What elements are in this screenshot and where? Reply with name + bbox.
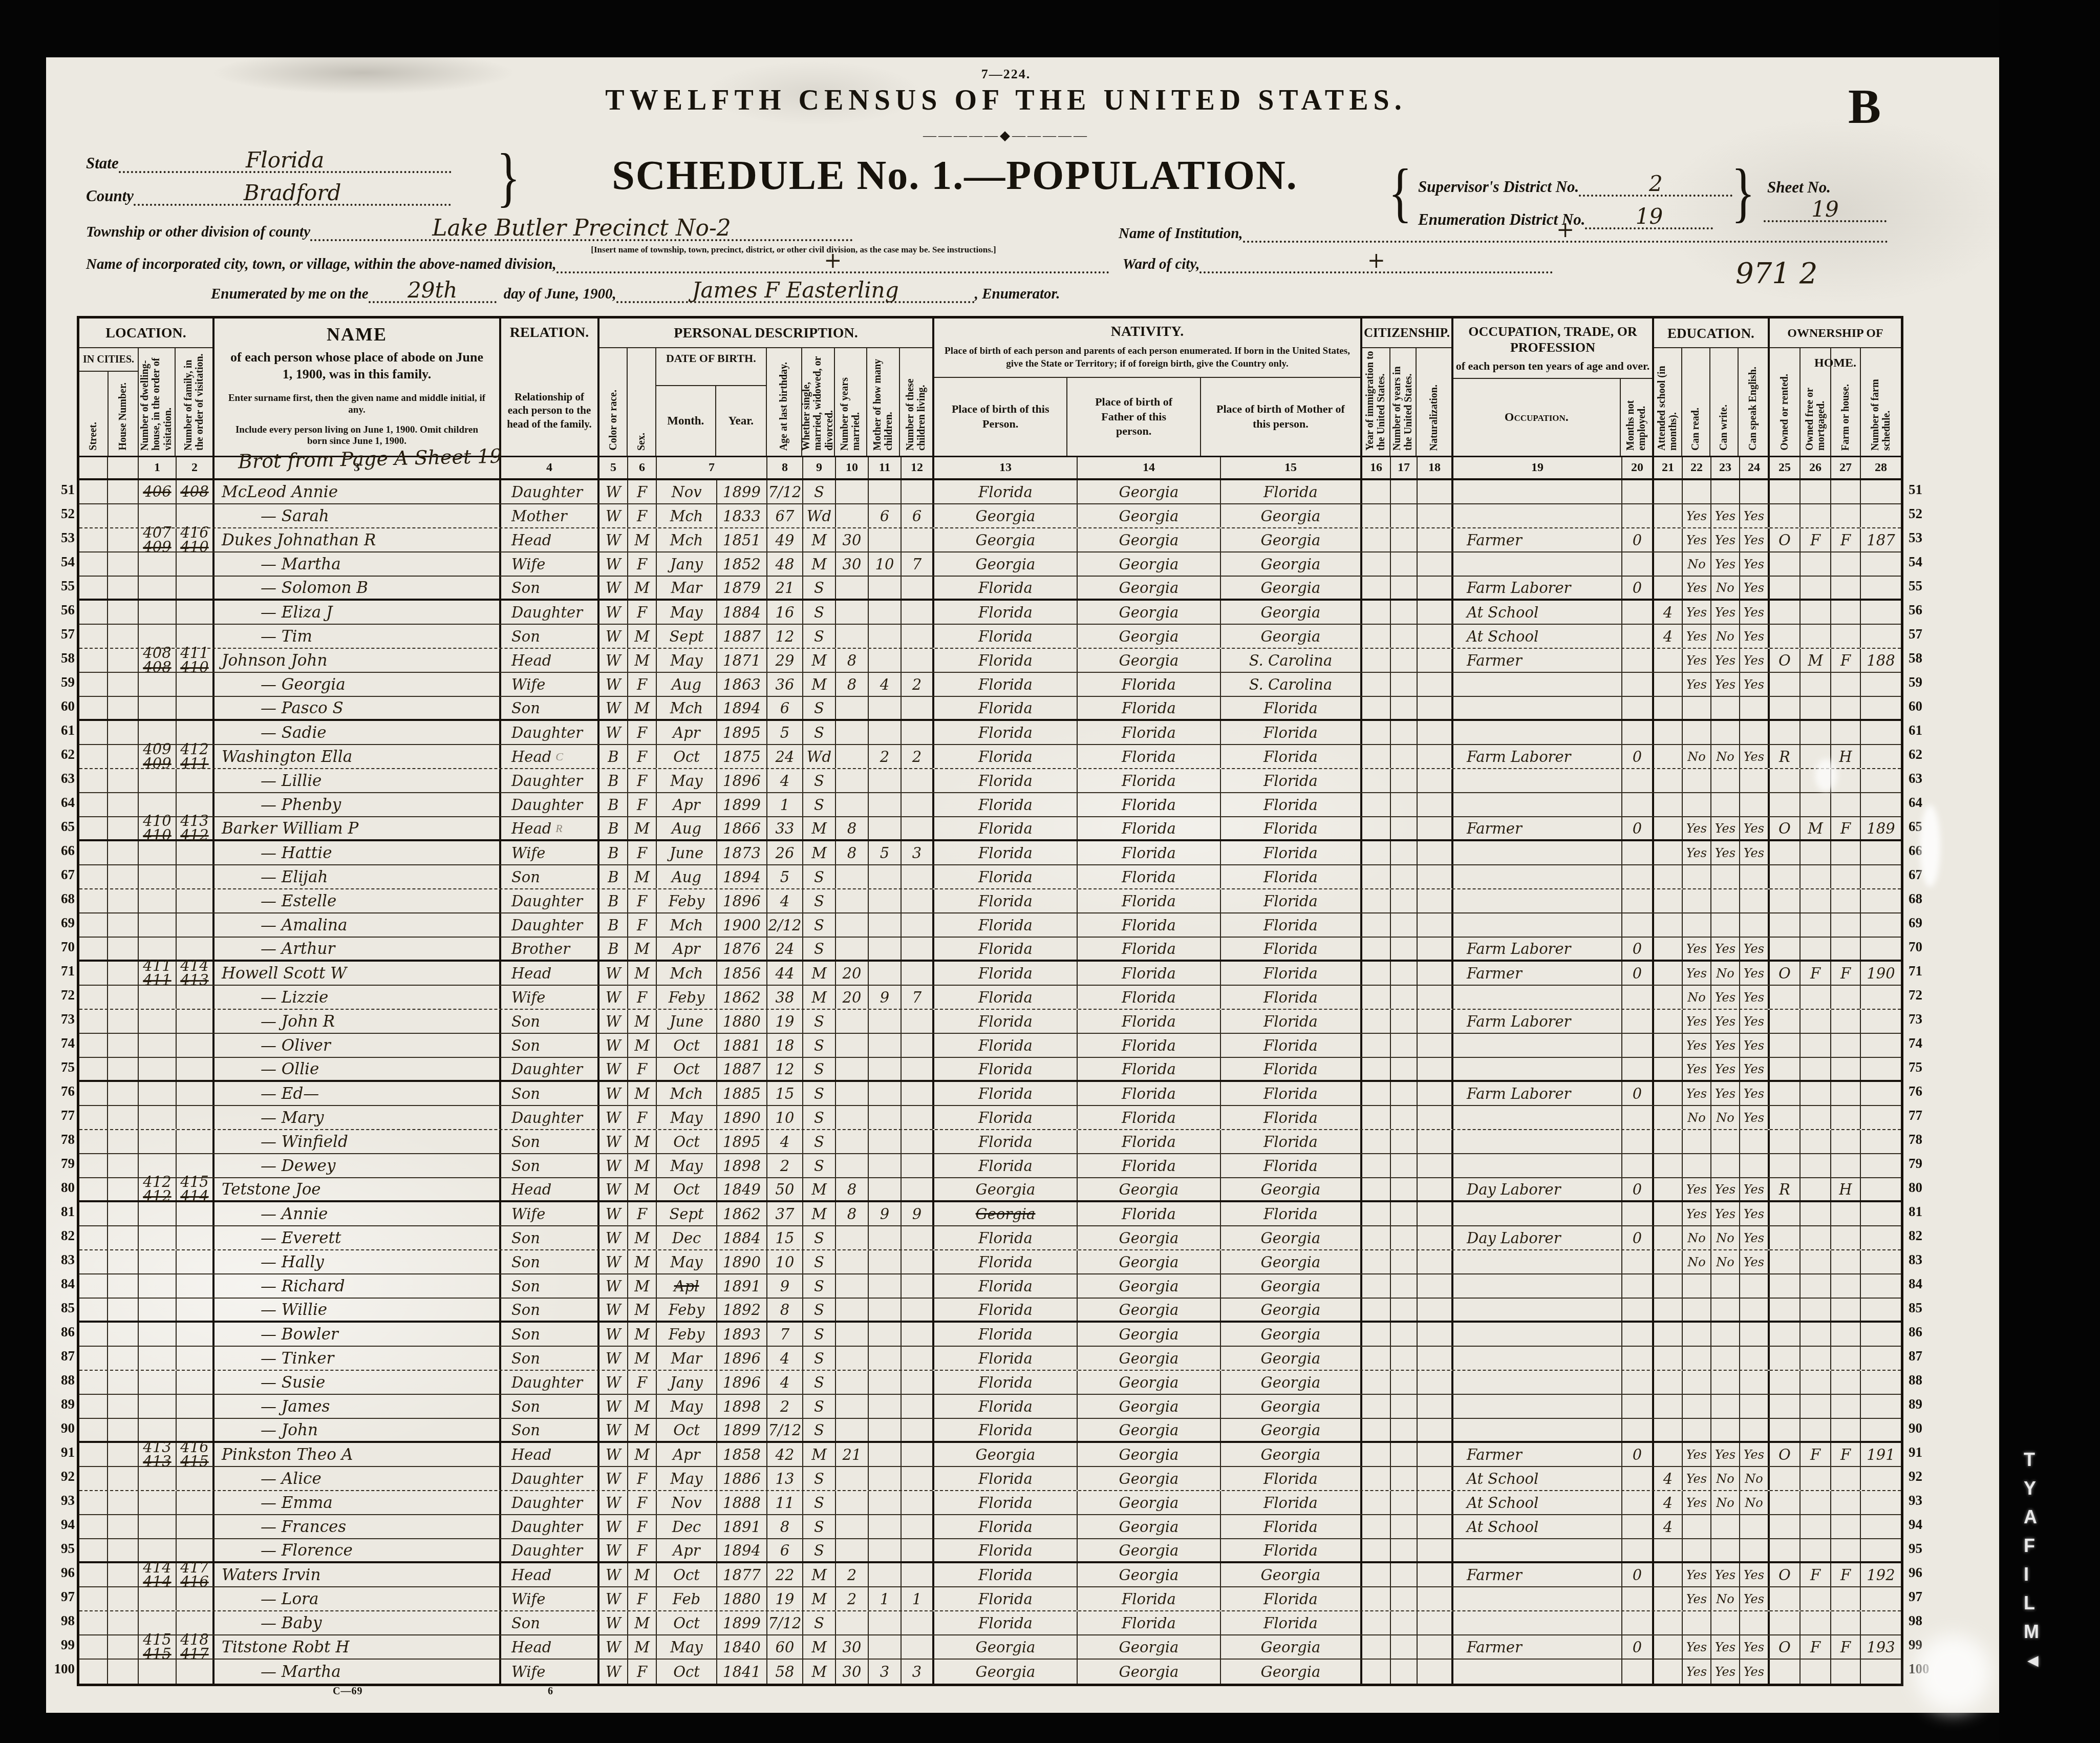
cell-ow xyxy=(1770,865,1801,888)
supervisor-district-underline: 2 xyxy=(1579,176,1732,197)
cell-ym xyxy=(836,1299,869,1321)
cell-yus xyxy=(1391,1226,1418,1249)
cell-ow xyxy=(1770,1202,1801,1225)
cell-mn xyxy=(1622,1419,1654,1441)
cell-pm: Florida xyxy=(1221,1058,1362,1080)
cell-rd: Yes xyxy=(1683,528,1711,551)
cell-m: M xyxy=(803,841,836,864)
cell-en: Yes xyxy=(1740,1563,1770,1586)
cell-sc xyxy=(1654,1563,1683,1586)
institution-value: + xyxy=(1556,217,1574,242)
cell-m: S xyxy=(803,913,836,937)
cell-fh: H xyxy=(1831,1178,1861,1200)
cell-ow xyxy=(1770,1371,1801,1394)
cell-im xyxy=(1362,528,1391,551)
cell-pf: Georgia xyxy=(1078,1226,1221,1249)
cell-pf: Georgia xyxy=(1078,1515,1221,1538)
ward-value: + xyxy=(1367,248,1385,273)
cell-st xyxy=(79,841,108,864)
cell-en xyxy=(1740,913,1770,937)
cell-hn xyxy=(108,1539,139,1561)
name-title: NAME xyxy=(215,324,499,345)
cell-yus xyxy=(1391,938,1418,960)
cell-st xyxy=(79,769,108,792)
cell-fr xyxy=(1801,1178,1831,1200)
cell-mn xyxy=(1622,1347,1654,1370)
cell-mn xyxy=(1622,1299,1654,1321)
census-row: — Eliza JDaughterWFMay188416SFloridaGeor… xyxy=(79,601,1901,625)
cell-fr xyxy=(1801,577,1831,599)
row-number: 84 xyxy=(1909,1272,1936,1296)
cell-pb: Florida xyxy=(934,1371,1078,1394)
cell-st xyxy=(79,1130,108,1153)
cell-rd xyxy=(1683,793,1711,816)
cell-mn: 0 xyxy=(1622,528,1654,551)
cell-m: M xyxy=(803,673,836,696)
cell-rel: Head xyxy=(501,1443,599,1466)
cell-ow xyxy=(1770,1082,1801,1105)
cell-age: 22 xyxy=(767,1563,803,1586)
cell-fr xyxy=(1801,1250,1831,1273)
cell-dw: 411411 xyxy=(139,962,177,985)
cell-sc xyxy=(1654,1539,1683,1561)
cell-im xyxy=(1362,769,1391,792)
cell-sx: F xyxy=(628,1515,657,1538)
cell-c: W xyxy=(599,1010,628,1033)
row-number: 56 xyxy=(47,598,75,622)
cell-age: 10 xyxy=(767,1106,803,1129)
cell-age: 24 xyxy=(767,938,803,960)
cell-fm: 416410 xyxy=(177,528,215,551)
cell-sx: F xyxy=(628,601,657,624)
cell-pf: Georgia xyxy=(1078,1635,1221,1659)
cell-sx: F xyxy=(628,841,657,864)
cell-im xyxy=(1362,1539,1391,1561)
colnum-19: 19 xyxy=(1453,457,1622,478)
cell-bm: Aug xyxy=(657,673,717,696)
cell-age: 11 xyxy=(767,1491,803,1514)
cell-fm xyxy=(177,865,215,888)
cell-lv xyxy=(902,625,934,648)
cell-c: W xyxy=(599,1587,628,1610)
cell-pb: Florida xyxy=(934,1347,1078,1370)
cell-pf: Georgia xyxy=(1078,528,1221,551)
cell-wr xyxy=(1711,1515,1740,1538)
cell-fs xyxy=(1861,1226,1901,1249)
cell-c: W xyxy=(599,1371,628,1394)
cell-ow xyxy=(1770,1539,1801,1561)
cell-fh xyxy=(1831,1226,1861,1249)
cell-nat xyxy=(1418,721,1453,744)
colnum-20: 20 xyxy=(1622,457,1654,478)
cell-yus xyxy=(1391,1274,1418,1298)
cell-name: — Oliver xyxy=(215,1034,501,1057)
cell-fr: F xyxy=(1801,528,1831,551)
cell-c: B xyxy=(599,817,628,839)
cell-mo xyxy=(869,1226,902,1249)
cell-nat xyxy=(1418,1467,1453,1490)
cell-fr xyxy=(1801,865,1831,888)
cell-m: S xyxy=(803,793,836,816)
cell-ow xyxy=(1770,793,1801,816)
cell-by: 1890 xyxy=(717,1250,767,1273)
cell-rd xyxy=(1683,1371,1711,1394)
cell-rel: Daughter xyxy=(501,480,599,503)
cell-name: — Hattie xyxy=(215,841,501,864)
cell-mo xyxy=(869,962,902,985)
cell-hn xyxy=(108,1635,139,1659)
cell-pb: Florida xyxy=(934,1563,1078,1586)
cell-hn xyxy=(108,1250,139,1273)
row-number: 69 xyxy=(1909,911,1936,935)
cell-lv xyxy=(902,769,934,792)
cell-lv xyxy=(902,577,934,599)
name-subtitle: of each person whose place of abode on J… xyxy=(215,345,499,382)
cell-bm: Mch xyxy=(657,913,717,937)
cell-rel: Wife xyxy=(501,841,599,864)
cell-bm: May xyxy=(657,1106,717,1129)
cell-yus xyxy=(1391,504,1418,527)
cell-hn xyxy=(108,504,139,527)
location-group: LOCATION. IN CITIES. Street. House Numbe… xyxy=(79,318,215,456)
row-number: 93 xyxy=(47,1489,75,1513)
cell-c: B xyxy=(599,841,628,864)
cell-rd: No xyxy=(1683,552,1711,576)
cell-dw: 407409 xyxy=(139,528,177,551)
cell-ym xyxy=(836,1010,869,1033)
cell-rd xyxy=(1683,1611,1711,1634)
cell-en: Yes xyxy=(1740,841,1770,864)
census-row: — WillieSonWMFeby18928SFloridaGeorgiaGeo… xyxy=(79,1299,1901,1323)
cell-lv xyxy=(902,601,934,624)
cell-mn xyxy=(1622,1467,1654,1490)
personal-description-title: PERSONAL DESCRIPTION. xyxy=(599,318,932,348)
cell-c: W xyxy=(599,625,628,648)
cell-fs xyxy=(1861,1323,1901,1346)
row-number: 95 xyxy=(47,1537,75,1561)
cell-m: S xyxy=(803,1082,836,1105)
cell-rel: Daughter xyxy=(501,1515,599,1538)
row-number: 86 xyxy=(47,1320,75,1344)
personal-description-group: PERSONAL DESCRIPTION. Color or race. Sex… xyxy=(599,318,934,456)
cell-occ: Day Laborer xyxy=(1453,1226,1622,1249)
cell-en: Yes xyxy=(1740,1635,1770,1659)
cell-mo xyxy=(869,817,902,839)
census-row: — LillieDaughterBFMay18964SFloridaFlorid… xyxy=(79,769,1901,793)
cell-pb: Florida xyxy=(934,1010,1078,1033)
cell-fm xyxy=(177,1226,215,1249)
census-row: — HattieWifeBFJune187326M853FloridaFlori… xyxy=(79,841,1901,865)
cell-pb: Florida xyxy=(934,1226,1078,1249)
sheet-no-value: 19 xyxy=(1811,197,1838,222)
cell-pm: Florida xyxy=(1221,1010,1362,1033)
row-number: 69 xyxy=(47,911,75,935)
cell-c: W xyxy=(599,1250,628,1273)
cell-fh xyxy=(1831,577,1861,599)
cell-by: 1851 xyxy=(717,528,767,551)
row-number: 64 xyxy=(47,791,75,815)
cell-rd: Yes xyxy=(1683,1178,1711,1200)
cell-occ xyxy=(1453,697,1622,719)
cell-pb: Florida xyxy=(934,1587,1078,1610)
cell-rel: Head xyxy=(501,528,599,551)
cell-en: Yes xyxy=(1740,601,1770,624)
cell-by: 1894 xyxy=(717,697,767,719)
cell-nat xyxy=(1418,1250,1453,1273)
cell-c: W xyxy=(599,1660,628,1684)
cell-fs xyxy=(1861,986,1901,1009)
cell-pb: Florida xyxy=(934,1034,1078,1057)
film-strip-letter: Y xyxy=(2024,1478,2036,1499)
cell-fh xyxy=(1831,1082,1861,1105)
colnum-15: 15 xyxy=(1221,457,1362,478)
cell-age: 15 xyxy=(767,1226,803,1249)
cell-nat xyxy=(1418,1611,1453,1634)
cell-ym: 30 xyxy=(836,1660,869,1684)
cell-fm xyxy=(177,1130,215,1153)
cell-age: 38 xyxy=(767,986,803,1009)
row-number: 78 xyxy=(1909,1128,1936,1152)
cell-name: — Richard xyxy=(215,1274,501,1298)
cell-bm: June xyxy=(657,841,717,864)
cell-ow xyxy=(1770,625,1801,648)
cell-age: 19 xyxy=(767,1587,803,1610)
cell-ym xyxy=(836,1419,869,1441)
row-number: 83 xyxy=(47,1248,75,1272)
cell-yus xyxy=(1391,1347,1418,1370)
cell-im xyxy=(1362,913,1391,937)
form-number: 7—224. xyxy=(46,67,1966,82)
cell-wr: Yes xyxy=(1711,528,1740,551)
cell-pf: Florida xyxy=(1078,1130,1221,1153)
cell-en: Yes xyxy=(1740,577,1770,599)
cell-dw xyxy=(139,913,177,937)
cell-wr: No xyxy=(1711,1587,1740,1610)
cell-ow xyxy=(1770,1419,1801,1441)
naturalization-header: Naturalization. xyxy=(1417,348,1451,456)
cell-pm: Florida xyxy=(1221,1154,1362,1177)
cell-wr xyxy=(1711,889,1740,912)
cell-m: M xyxy=(803,1443,836,1466)
cell-dw xyxy=(139,1419,177,1441)
cell-bm: Apr xyxy=(657,1443,717,1466)
cell-im xyxy=(1362,889,1391,912)
cell-pf: Georgia xyxy=(1078,1395,1221,1418)
mother-of-children-header: Mother of how many children. xyxy=(867,348,899,456)
film-strip-letter: ◄ xyxy=(2024,1650,2042,1671)
cell-ym xyxy=(836,1106,869,1129)
cell-pf: Florida xyxy=(1078,889,1221,912)
row-number: 72 xyxy=(47,983,75,1007)
cell-dw xyxy=(139,1323,177,1346)
cell-im xyxy=(1362,1154,1391,1177)
cell-ow xyxy=(1770,1034,1801,1057)
cell-im xyxy=(1362,1299,1391,1321)
cell-mo xyxy=(869,1611,902,1634)
colnum-4: 4 xyxy=(501,457,599,478)
cell-rd xyxy=(1683,1323,1711,1346)
cell-pb: Florida xyxy=(934,986,1078,1009)
county-label: County xyxy=(86,187,134,205)
cell-mo xyxy=(869,1395,902,1418)
census-row: — LoraWifeWFFeb188019M211FloridaFloridaF… xyxy=(79,1587,1901,1611)
cell-dw xyxy=(139,697,177,719)
cell-en: Yes xyxy=(1740,649,1770,672)
cell-fh xyxy=(1831,913,1861,937)
cell-rel: Wife xyxy=(501,986,599,1009)
cell-fh: F xyxy=(1831,649,1861,672)
cell-pm: Georgia xyxy=(1221,504,1362,527)
cell-occ xyxy=(1453,1106,1622,1129)
cell-fs xyxy=(1861,721,1901,744)
row-number: 91 xyxy=(47,1440,75,1464)
cell-age: 2 xyxy=(767,1395,803,1418)
cell-sx: F xyxy=(628,1539,657,1561)
cell-yus xyxy=(1391,1130,1418,1153)
cell-name: McLeod Annie xyxy=(215,480,501,503)
cell-en: Yes xyxy=(1740,1202,1770,1225)
cell-yus xyxy=(1391,1371,1418,1394)
cell-yus xyxy=(1391,601,1418,624)
cell-lv xyxy=(902,1395,934,1418)
cell-ym xyxy=(836,793,869,816)
cell-mo: 4 xyxy=(869,673,902,696)
cell-pf: Georgia xyxy=(1078,1250,1221,1273)
cell-hn xyxy=(108,1371,139,1394)
census-row: — GeorgiaWifeWFAug186336M842FloridaFlori… xyxy=(79,673,1901,697)
cell-pf: Georgia xyxy=(1078,1563,1221,1586)
cell-fr xyxy=(1801,697,1831,719)
cell-age: 12 xyxy=(767,625,803,648)
cell-bm: May xyxy=(657,769,717,792)
cell-m: S xyxy=(803,1106,836,1129)
cell-fm xyxy=(177,1371,215,1394)
cell-sc xyxy=(1654,1226,1683,1249)
cell-sc xyxy=(1654,986,1683,1009)
cell-pm: Georgia xyxy=(1221,1323,1362,1346)
cell-occ xyxy=(1453,1395,1622,1418)
cell-rel: Head xyxy=(501,649,599,672)
census-row: — Ed—SonWMMch188515SFloridaFloridaFlorid… xyxy=(79,1082,1901,1106)
cell-mo xyxy=(869,721,902,744)
cell-yus xyxy=(1391,1660,1418,1684)
cell-im xyxy=(1362,697,1391,719)
cell-name: — Sarah xyxy=(215,504,501,527)
cell-sx: M xyxy=(628,528,657,551)
cell-yus xyxy=(1391,841,1418,864)
cell-fr xyxy=(1801,1130,1831,1153)
cell-fs xyxy=(1861,1178,1901,1200)
cell-dw xyxy=(139,1274,177,1298)
years-married-header: Number of years married. xyxy=(835,348,867,456)
row-number: 72 xyxy=(1909,983,1936,1007)
cell-nat xyxy=(1418,1082,1453,1105)
cell-en: Yes xyxy=(1740,528,1770,551)
cell-st xyxy=(79,1611,108,1634)
cell-ow xyxy=(1770,1058,1801,1080)
cell-en: Yes xyxy=(1740,1587,1770,1610)
cell-sc xyxy=(1654,649,1683,672)
census-row: — ElijahSonBMAug18945SFloridaFloridaFlor… xyxy=(79,865,1901,889)
row-number: 87 xyxy=(47,1344,75,1368)
cell-mn: 0 xyxy=(1622,1178,1654,1200)
township-label: Township or other division of county xyxy=(86,224,310,241)
row-number: 68 xyxy=(47,887,75,911)
cell-sc xyxy=(1654,1299,1683,1321)
cell-m: S xyxy=(803,1611,836,1634)
cell-pm: Florida xyxy=(1221,1082,1362,1105)
cell-sx: M xyxy=(628,1250,657,1273)
city-line: Name of incorporated city, town, or vill… xyxy=(86,253,1553,273)
cell-ow xyxy=(1770,1323,1801,1346)
cell-by: 1898 xyxy=(717,1395,767,1418)
cell-mn xyxy=(1622,1106,1654,1129)
cell-mo xyxy=(869,1563,902,1586)
cell-name: — Phenby xyxy=(215,793,501,816)
cell-im xyxy=(1362,938,1391,960)
cell-im xyxy=(1362,1274,1391,1298)
cell-im xyxy=(1362,1660,1391,1684)
relation-subtitle: Relationship of each person to the head … xyxy=(501,341,597,431)
cell-wr xyxy=(1711,865,1740,888)
relation-group: RELATION. Relationship of each person to… xyxy=(501,318,599,456)
cell-pf: Florida xyxy=(1078,865,1221,888)
cell-age: 33 xyxy=(767,817,803,839)
cell-pf: Florida xyxy=(1078,938,1221,960)
cell-by: 1866 xyxy=(717,817,767,839)
cell-en: Yes xyxy=(1740,1106,1770,1129)
age-header: Age at last birthday. xyxy=(767,348,802,456)
cell-fh xyxy=(1831,1034,1861,1057)
cell-ow xyxy=(1770,889,1801,912)
cell-rd xyxy=(1683,1154,1711,1177)
cell-mo: 10 xyxy=(869,552,902,576)
colnum-12: 12 xyxy=(902,457,934,478)
cell-ym xyxy=(836,865,869,888)
cell-m: S xyxy=(803,1274,836,1298)
cell-sc xyxy=(1654,913,1683,937)
cell-fh xyxy=(1831,1299,1861,1321)
cell-st xyxy=(79,1467,108,1490)
census-row: — FlorenceDaughterWFApr18946SFloridaGeor… xyxy=(79,1539,1901,1563)
cell-ow xyxy=(1770,1106,1801,1129)
cell-sc xyxy=(1654,1323,1683,1346)
cell-pm: Florida xyxy=(1221,745,1362,768)
cell-nat xyxy=(1418,1202,1453,1225)
cell-nat xyxy=(1418,697,1453,719)
cell-m: Wd xyxy=(803,745,836,768)
cell-m: M xyxy=(803,1563,836,1586)
cell-st xyxy=(79,601,108,624)
cell-pf: Florida xyxy=(1078,1587,1221,1610)
cell-wr: Yes xyxy=(1711,1058,1740,1080)
cell-pm: Florida xyxy=(1221,962,1362,985)
cell-lv xyxy=(902,1226,934,1249)
cell-rel: Wife xyxy=(501,1202,599,1225)
cell-rd xyxy=(1683,721,1711,744)
cell-fr xyxy=(1801,1371,1831,1394)
cell-fs xyxy=(1861,1539,1901,1561)
cell-fh xyxy=(1831,1660,1861,1684)
row-number: 71 xyxy=(1909,959,1936,983)
cell-mn: 0 xyxy=(1622,817,1654,839)
cell-fr xyxy=(1801,1587,1831,1610)
cell-bm: May xyxy=(657,601,717,624)
cell-en: Yes xyxy=(1740,504,1770,527)
cell-fh xyxy=(1831,1202,1861,1225)
cell-occ: Day Laborer xyxy=(1453,1178,1622,1200)
cell-im xyxy=(1362,1178,1391,1200)
